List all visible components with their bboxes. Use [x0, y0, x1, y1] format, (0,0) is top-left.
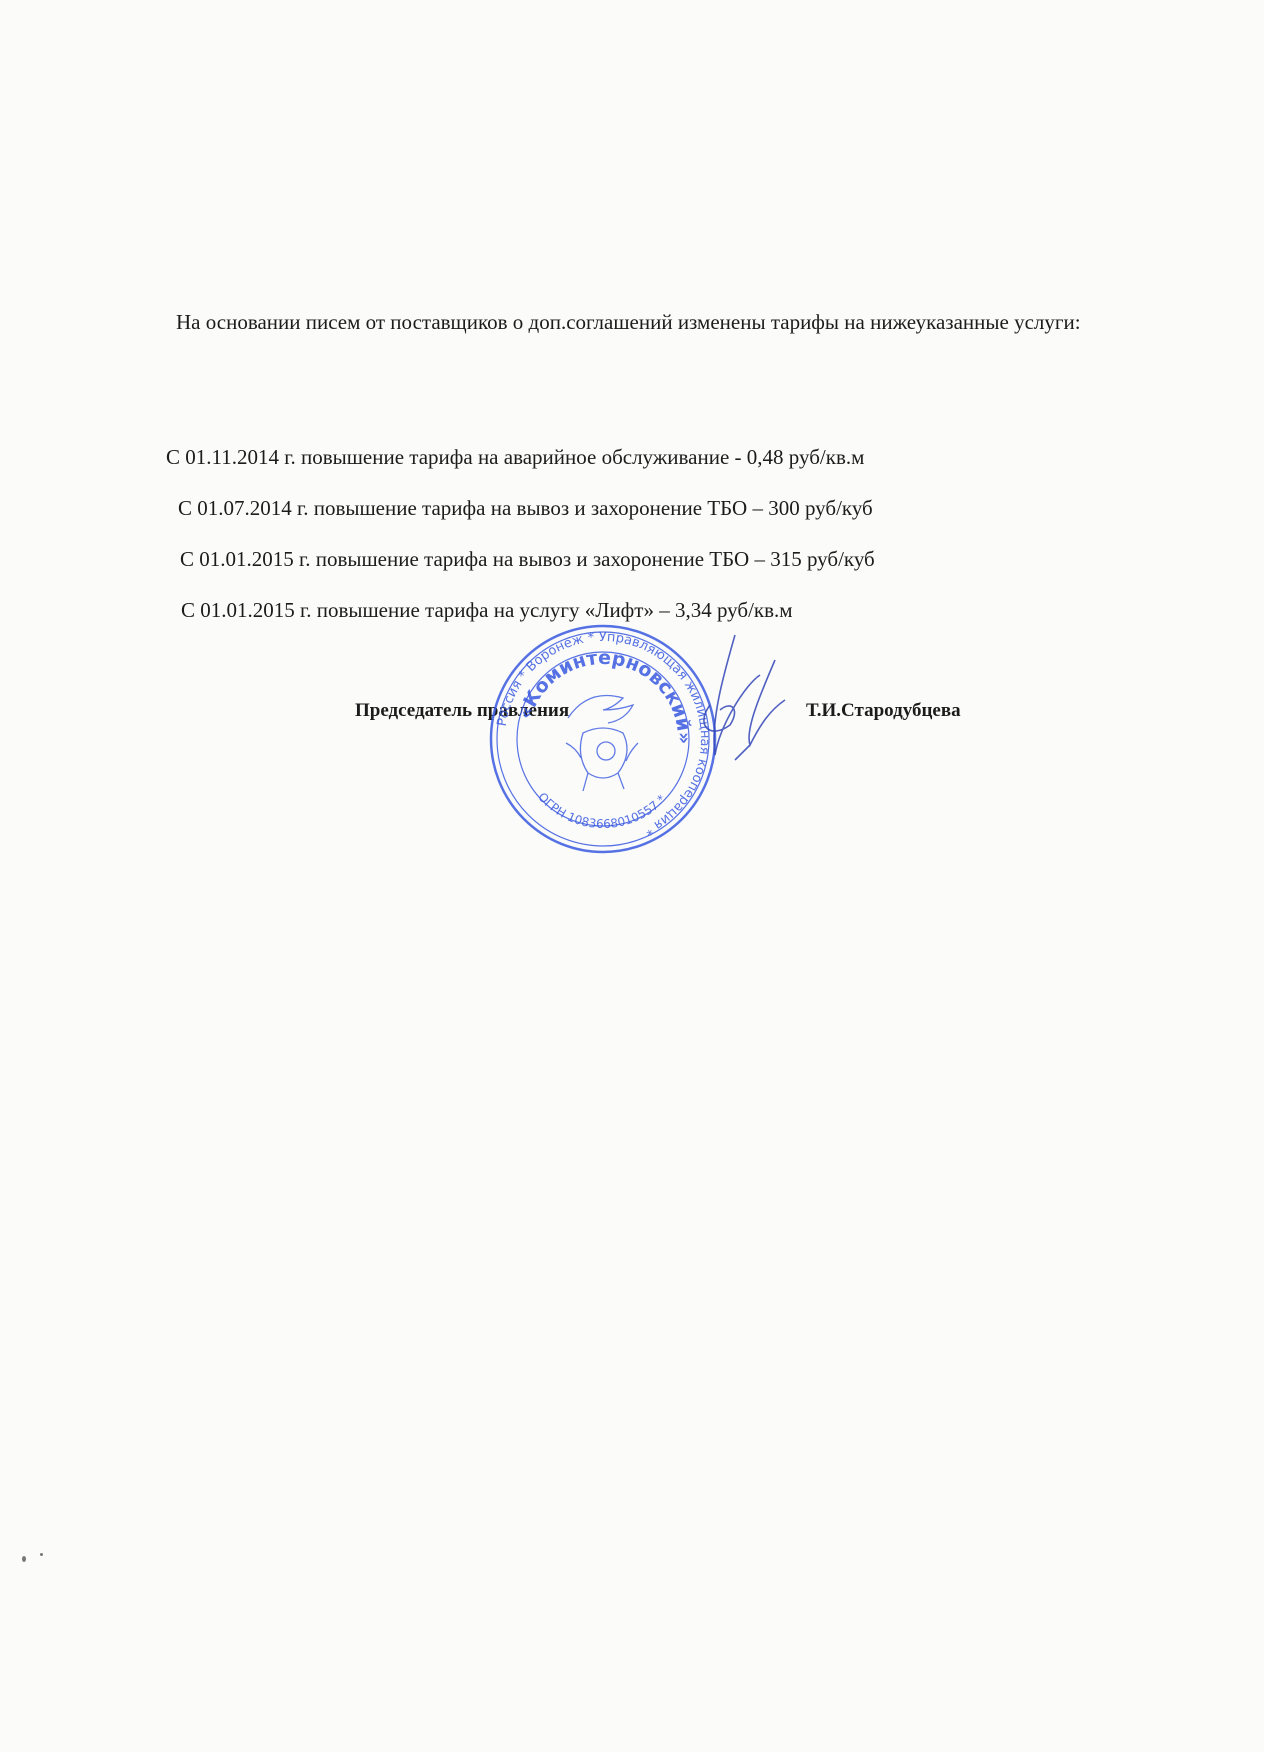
document-page: На основании писем от поставщиков о доп.…: [0, 0, 1264, 1752]
scan-speck: [40, 1553, 43, 1556]
signatory-name: Т.И.Стародубцева: [806, 700, 961, 722]
tariff-line: С 01.07.2014 г. повышение тарифа на выво…: [178, 494, 873, 522]
signature-scribble-icon: [690, 630, 810, 770]
intro-paragraph: На основании писем от поставщиков о доп.…: [176, 304, 1096, 341]
tariff-line: С 01.01.2015 г. повышение тарифа на выво…: [180, 545, 875, 573]
tariff-line: С 01.11.2014 г. повышение тарифа на авар…: [166, 443, 864, 471]
stamp-seal-icon: Россия * Воронеж * Управляющая жилищная …: [488, 623, 718, 855]
tariff-line: С 01.01.2015 г. повышение тарифа на услу…: [181, 596, 793, 624]
scan-speck: [22, 1556, 26, 1562]
